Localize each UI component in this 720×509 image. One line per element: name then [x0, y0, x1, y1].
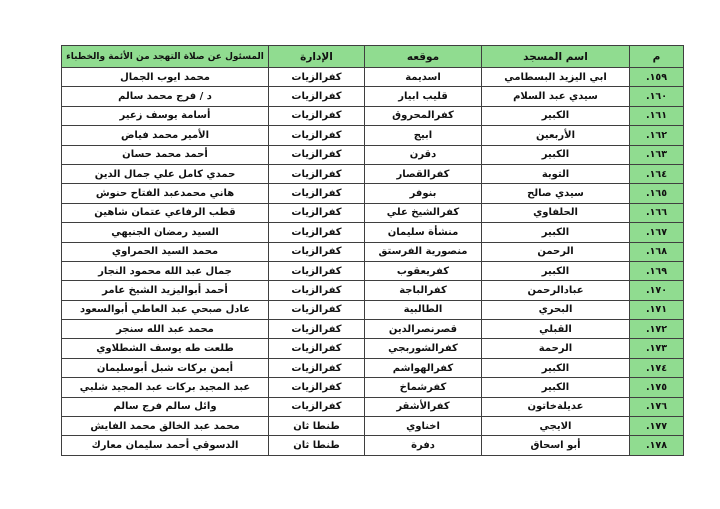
mosque-name-cell: الحلفاوي: [482, 203, 630, 222]
row-number-cell: ١٦٤.: [630, 164, 684, 183]
table-row: ١٦٢. الأربعين ابيج كفرالزيات الأمير محمد…: [62, 126, 684, 145]
responsible-imam-cell: أسامة يوسف زعير: [62, 106, 269, 125]
table-row: ١٦٤. التوبة كفرالقصار كفرالزيات حمدي كام…: [62, 164, 684, 183]
responsible-imam-cell: الأمير محمد فياض: [62, 126, 269, 145]
table-row: ١٦٦. الحلفاوي كفرالشيخ علي كفرالزيات قطب…: [62, 203, 684, 222]
mosque-name-cell: عبادالرحمن: [482, 281, 630, 300]
administration-cell: كفرالزيات: [269, 223, 365, 242]
table-row: ١٧٣. الرحمة كفرالشوربجي كفرالزيات طلعت ط…: [62, 339, 684, 358]
row-number-cell: ١٥٩.: [630, 68, 684, 87]
row-number-cell: ١٦٢.: [630, 126, 684, 145]
administration-cell: طنطا ثان: [269, 417, 365, 436]
mosque-name-cell: الكبير: [482, 223, 630, 242]
administration-cell: كفرالزيات: [269, 300, 365, 319]
location-cell: كفرالهواشم: [365, 358, 482, 377]
administration-cell: كفرالزيات: [269, 281, 365, 300]
location-cell: كفرالقصار: [365, 164, 482, 183]
administration-cell: كفرالزيات: [269, 261, 365, 280]
administration-cell: كفرالزيات: [269, 397, 365, 416]
row-number-cell: ١٦٣.: [630, 145, 684, 164]
responsible-imam-cell: محمد عبد الله سنجر: [62, 320, 269, 339]
administration-cell: كفرالزيات: [269, 106, 365, 125]
row-number-cell: ١٧٢.: [630, 320, 684, 339]
row-number-cell: ١٧٨.: [630, 436, 684, 455]
row-number-cell: ١٧٥.: [630, 378, 684, 397]
row-number-cell: ١٧٠.: [630, 281, 684, 300]
row-number-cell: ١٦٥.: [630, 184, 684, 203]
row-number-cell: ١٧٤.: [630, 358, 684, 377]
responsible-imam-cell: أيمن بركات شبل أبوسليمان: [62, 358, 269, 377]
row-number-cell: ١٧٦.: [630, 397, 684, 416]
header-number: م: [630, 46, 684, 68]
location-cell: اسديمة: [365, 68, 482, 87]
row-number-cell: ١٦٧.: [630, 223, 684, 242]
mosque-name-cell: سيدي عبد السلام: [482, 87, 630, 106]
row-number-cell: ١٦٦.: [630, 203, 684, 222]
table-row: ١٦٠. سيدي عبد السلام قليب ابيار كفرالزيا…: [62, 87, 684, 106]
table-row: ١٧٦. عديلةخاتون كفرالأشقر كفرالزيات وائل…: [62, 397, 684, 416]
table-row: ١٧٤. الكبير كفرالهواشم كفرالزيات أيمن بر…: [62, 358, 684, 377]
location-cell: كفرالباجة: [365, 281, 482, 300]
location-cell: كفرالشوربجي: [365, 339, 482, 358]
responsible-imam-cell: السيد رمضان الجنيهي: [62, 223, 269, 242]
header-location: موقعه: [365, 46, 482, 68]
mosque-name-cell: الكبير: [482, 261, 630, 280]
row-number-cell: ١٦٨.: [630, 242, 684, 261]
location-cell: كفرالمحروق: [365, 106, 482, 125]
location-cell: دقرن: [365, 145, 482, 164]
mosque-name-cell: الايجي: [482, 417, 630, 436]
administration-cell: كفرالزيات: [269, 358, 365, 377]
administration-cell: كفرالزيات: [269, 184, 365, 203]
row-number-cell: ١٦٩.: [630, 261, 684, 280]
responsible-imam-cell: قطب الرفاعي عتمان شاهين: [62, 203, 269, 222]
mosque-name-cell: الكبير: [482, 106, 630, 125]
location-cell: الطالبية: [365, 300, 482, 319]
location-cell: منصورية الفرستق: [365, 242, 482, 261]
responsible-imam-cell: محمد السيد الحمراوي: [62, 242, 269, 261]
administration-cell: كفرالزيات: [269, 242, 365, 261]
header-responsible-imam: المسئول عن صلاة التهجد من الأئمة والخطبا…: [62, 46, 269, 68]
responsible-imam-cell: هاني محمدعبد الفتاح حنوش: [62, 184, 269, 203]
row-number-cell: ١٧١.: [630, 300, 684, 319]
location-cell: منشأة سليمان: [365, 223, 482, 242]
administration-cell: كفرالزيات: [269, 68, 365, 87]
responsible-imam-cell: الدسوقي أحمد سليمان معارك: [62, 436, 269, 455]
table-row: ١٧١. البحري الطالبية كفرالزيات عادل صبحي…: [62, 300, 684, 319]
table-row: ١٧٥. الكبير كفرشماخ كفرالزيات عبد المجيد…: [62, 378, 684, 397]
table-row: ١٧٧. الايجي اخناوي طنطا ثان محمد عبد الخ…: [62, 417, 684, 436]
administration-cell: كفرالزيات: [269, 164, 365, 183]
mosque-name-cell: عديلةخاتون: [482, 397, 630, 416]
mosque-name-cell: التوبة: [482, 164, 630, 183]
mosque-name-cell: الكبير: [482, 358, 630, 377]
administration-cell: كفرالزيات: [269, 320, 365, 339]
row-number-cell: ١٧٧.: [630, 417, 684, 436]
header-administration: الإدارة: [269, 46, 365, 68]
location-cell: اخناوي: [365, 417, 482, 436]
administration-cell: كفرالزيات: [269, 378, 365, 397]
table-row: ١٧٠. عبادالرحمن كفرالباجة كفرالزيات أحمد…: [62, 281, 684, 300]
location-cell: دفرة: [365, 436, 482, 455]
mosque-name-cell: ابي اليزيد البسطامي: [482, 68, 630, 87]
responsible-imam-cell: عبد المجيد بركات عبد المجيد شلبي: [62, 378, 269, 397]
mosque-name-cell: الكبير: [482, 378, 630, 397]
table-row: ١٦٥. سيدي صالح بنوفر كفرالزيات هاني محمد…: [62, 184, 684, 203]
table-row: ١٥٩. ابي اليزيد البسطامي اسديمة كفرالزيا…: [62, 68, 684, 87]
document-page: { "colors": { "header_green": "#90dc90",…: [0, 0, 720, 509]
mosque-name-cell: الرحمة: [482, 339, 630, 358]
administration-cell: كفرالزيات: [269, 87, 365, 106]
table-row: ١٦٧. الكبير منشأة سليمان كفرالزيات السيد…: [62, 223, 684, 242]
location-cell: ابيج: [365, 126, 482, 145]
header-row: م اسم المسجد موقعه الإدارة المسئول عن صل…: [62, 46, 684, 68]
responsible-imam-cell: جمال عبد الله محمود النجار: [62, 261, 269, 280]
table-row: ١٦٣. الكبير دقرن كفرالزيات أحمد محمد حسا…: [62, 145, 684, 164]
location-cell: قليب ابيار: [365, 87, 482, 106]
responsible-imam-cell: أحمد محمد حسان: [62, 145, 269, 164]
administration-cell: طنطا ثان: [269, 436, 365, 455]
responsible-imam-cell: محمد ايوب الجمال: [62, 68, 269, 87]
table-row: ١٧٨. أبو اسحاق دفرة طنطا ثان الدسوقي أحم…: [62, 436, 684, 455]
row-number-cell: ١٧٣.: [630, 339, 684, 358]
table-row: ١٦١. الكبير كفرالمحروق كفرالزيات أسامة ي…: [62, 106, 684, 125]
responsible-imam-cell: طلعت طه يوسف الشطلاوي: [62, 339, 269, 358]
table-row: ١٦٨. الرحمن منصورية الفرستق كفرالزيات مح…: [62, 242, 684, 261]
responsible-imam-cell: محمد عبد الخالق محمد الفايش: [62, 417, 269, 436]
table-row: ١٦٩. الكبير كفريعقوب كفرالزيات جمال عبد …: [62, 261, 684, 280]
mosque-name-cell: الكبير: [482, 145, 630, 164]
administration-cell: كفرالزيات: [269, 339, 365, 358]
responsible-imam-cell: د / فرج محمد سالم: [62, 87, 269, 106]
administration-cell: كفرالزيات: [269, 145, 365, 164]
location-cell: كفرالأشقر: [365, 397, 482, 416]
location-cell: كفرشماخ: [365, 378, 482, 397]
mosques-tahajjud-table: م اسم المسجد موقعه الإدارة المسئول عن صل…: [61, 45, 684, 456]
mosque-name-cell: أبو اسحاق: [482, 436, 630, 455]
responsible-imam-cell: وائل سالم فرج سالم: [62, 397, 269, 416]
location-cell: كفرالشيخ علي: [365, 203, 482, 222]
mosque-name-cell: البحري: [482, 300, 630, 319]
responsible-imam-cell: حمدي كامل علي جمال الدين: [62, 164, 269, 183]
responsible-imam-cell: عادل صبحي عبد العاطي أبوالسعود: [62, 300, 269, 319]
header-mosque-name: اسم المسجد: [482, 46, 630, 68]
responsible-imam-cell: أحمد أبواليزيد الشيخ عامر: [62, 281, 269, 300]
administration-cell: كفرالزيات: [269, 203, 365, 222]
mosque-name-cell: الأربعين: [482, 126, 630, 145]
mosque-name-cell: سيدي صالح: [482, 184, 630, 203]
row-number-cell: ١٦١.: [630, 106, 684, 125]
location-cell: بنوفر: [365, 184, 482, 203]
row-number-cell: ١٦٠.: [630, 87, 684, 106]
mosque-name-cell: الرحمن: [482, 242, 630, 261]
location-cell: قصرنصرالدين: [365, 320, 482, 339]
administration-cell: كفرالزيات: [269, 126, 365, 145]
mosque-name-cell: القبلي: [482, 320, 630, 339]
location-cell: كفريعقوب: [365, 261, 482, 280]
table-row: ١٧٢. القبلي قصرنصرالدين كفرالزيات محمد ع…: [62, 320, 684, 339]
